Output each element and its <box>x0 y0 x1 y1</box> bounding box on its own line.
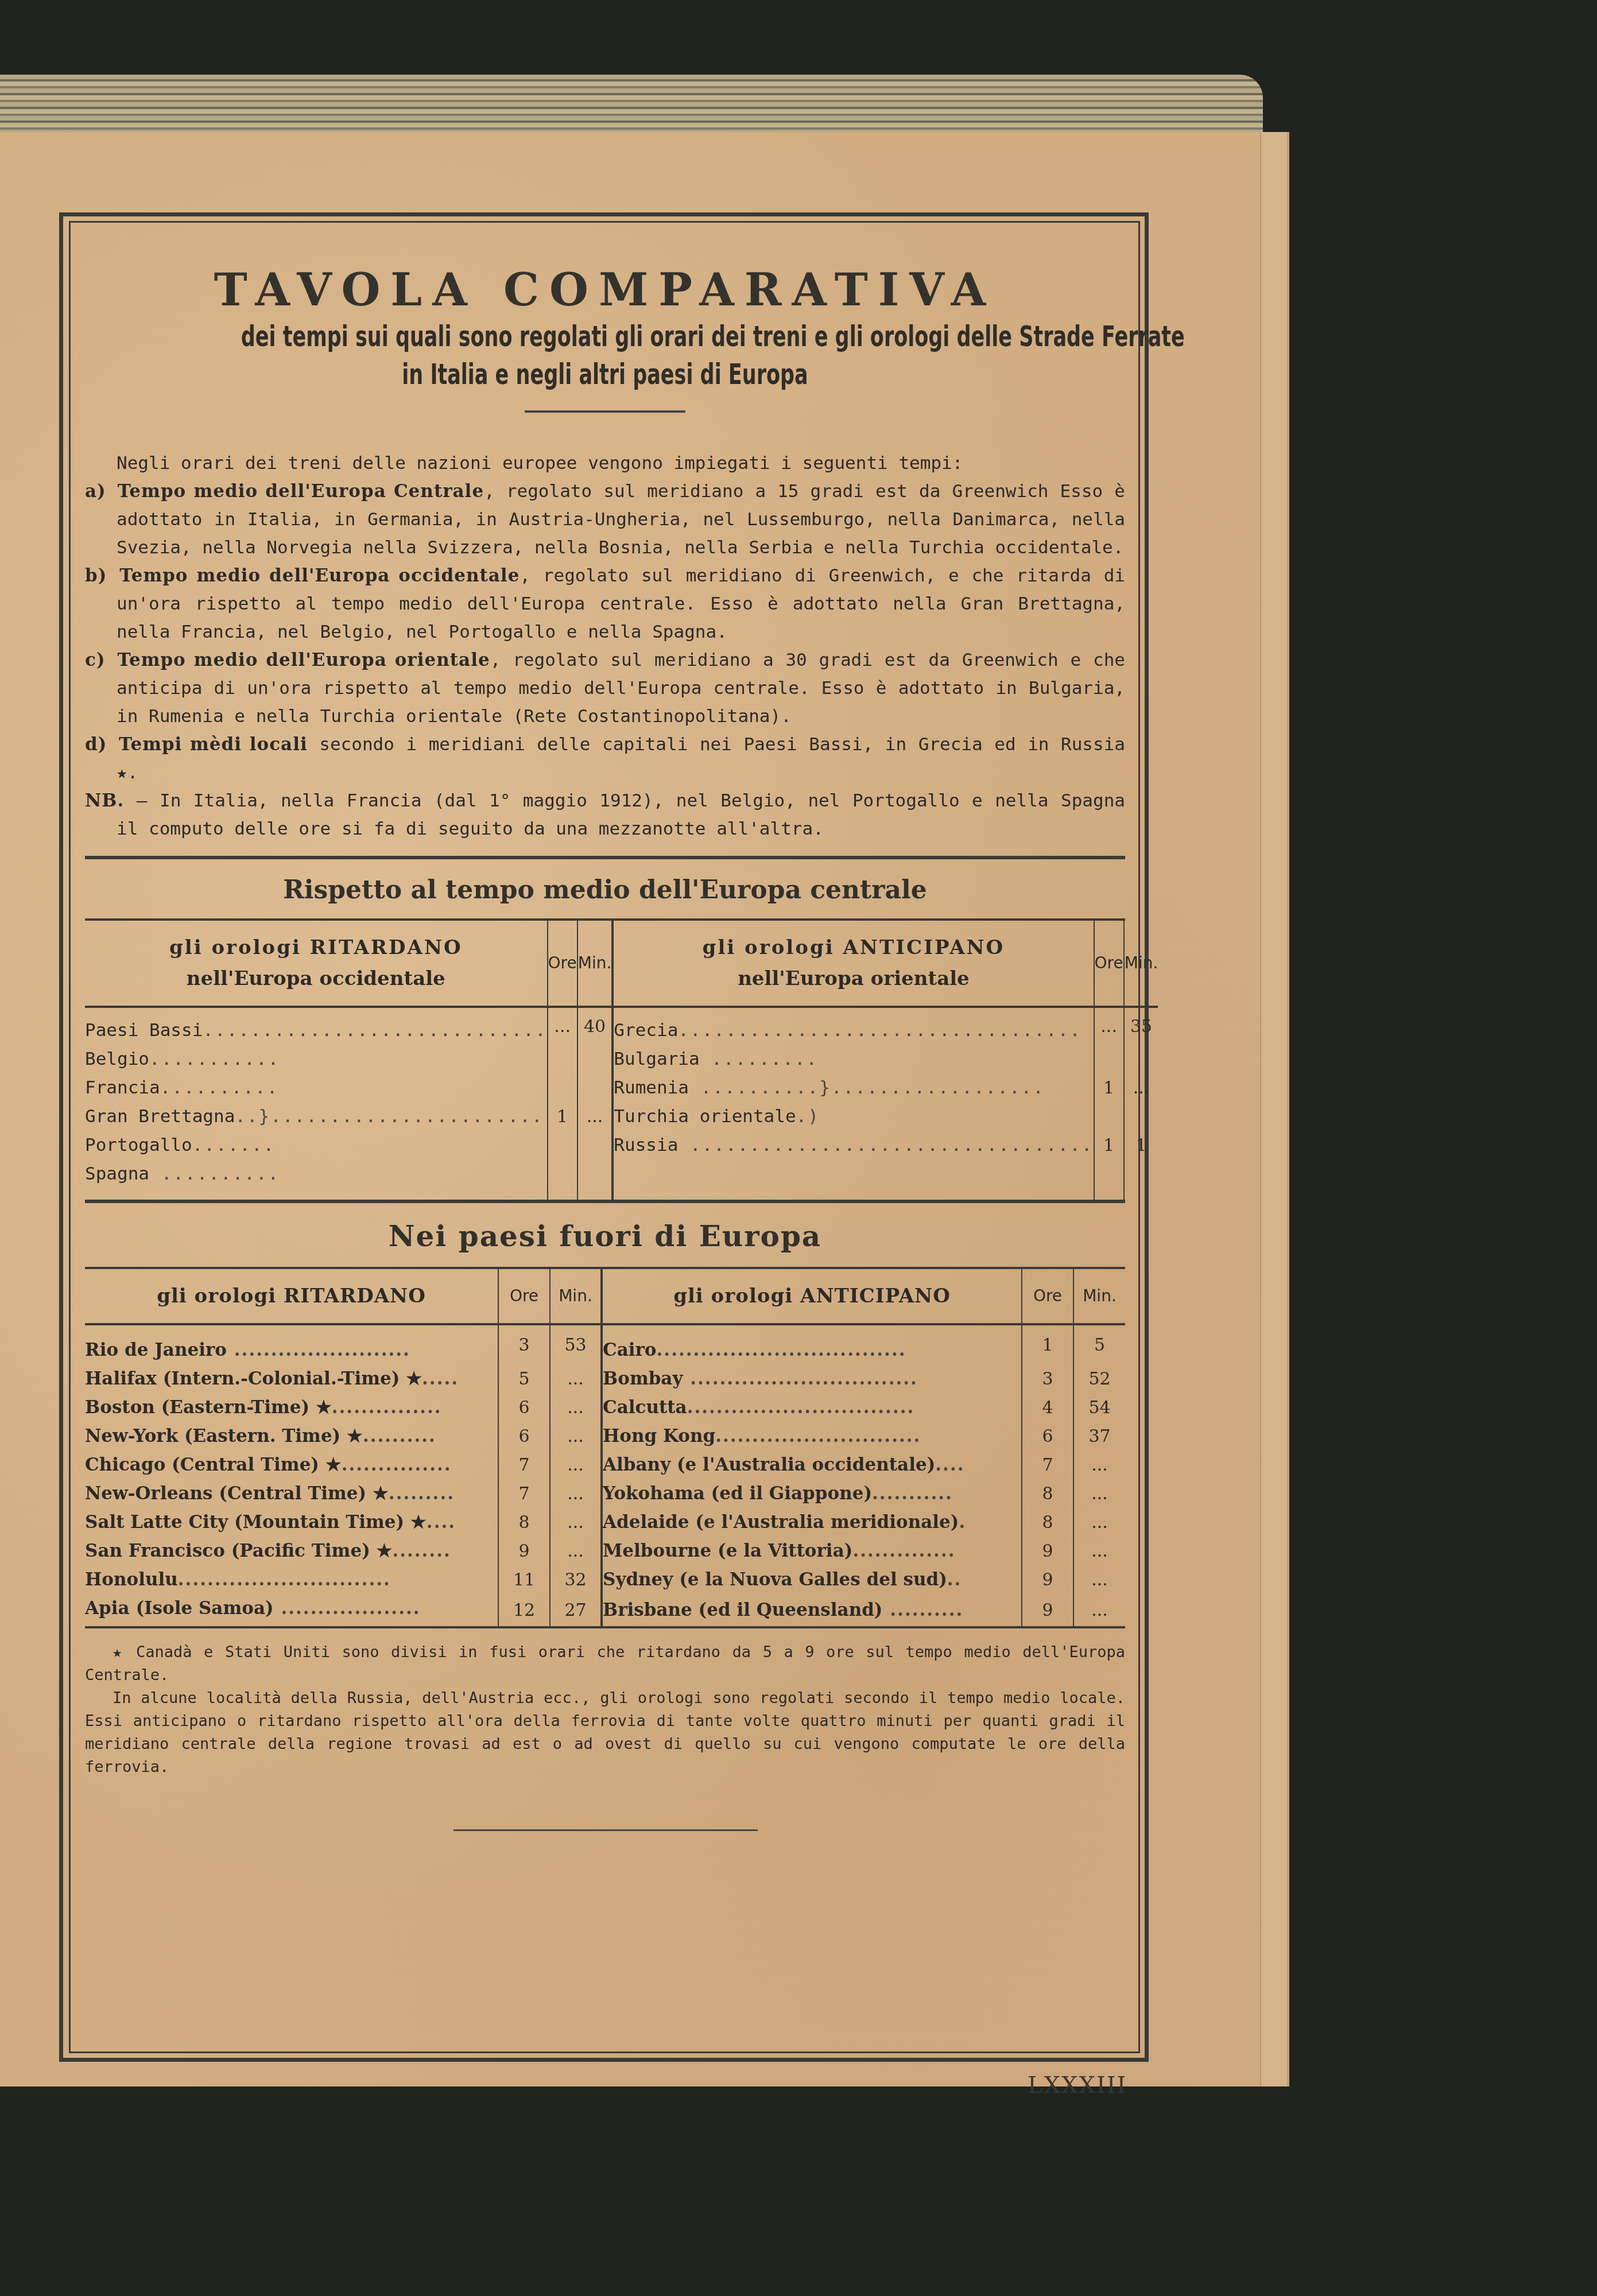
row-name: Gran Brettagna <box>85 1106 235 1127</box>
footnotes: ★ Canadà e Stati Uniti sono divisi in fu… <box>85 1628 1125 1779</box>
intro-lead: Negli orari dei treni delle nazioni euro… <box>85 449 1125 478</box>
row-name: Sydney (e la Nuova Galles del sud) <box>603 1569 947 1590</box>
row-min: 52 <box>1073 1364 1125 1393</box>
world-right-ore-header: Ore <box>1022 1269 1073 1324</box>
row-name: Boston (Eastern-Time) ★ <box>85 1397 332 1418</box>
row-name: Hong Kong <box>603 1426 715 1446</box>
table-row: Honolulu.............................113… <box>85 1565 1125 1594</box>
world-section-title: Nei paesi fuori di Europa <box>85 1203 1125 1267</box>
world-right-min-header: Min. <box>1073 1269 1125 1324</box>
row-name: Rumenia <box>614 1077 689 1098</box>
row-min: ... <box>577 1102 613 1131</box>
row-ore: 6 <box>1022 1422 1073 1450</box>
row-min: ... <box>550 1537 602 1565</box>
row-name: Honolulu <box>85 1569 178 1590</box>
row-ore: 5 <box>498 1364 550 1393</box>
row-min: ... <box>1073 1479 1125 1508</box>
item-b-marker: b) <box>85 565 107 586</box>
row-name: Bombay <box>603 1368 683 1389</box>
world-left-header: gli orologi RITARDANO <box>85 1269 498 1324</box>
row-min: 5 <box>1073 1324 1125 1364</box>
page-fore-edge <box>1260 132 1287 2086</box>
row-min: ... <box>550 1450 602 1479</box>
row-min: ... <box>550 1393 602 1422</box>
table-row: Rio de Janeiro ........................3… <box>85 1324 1125 1364</box>
row-min: ... <box>1073 1537 1125 1565</box>
row-ore: 9 <box>1022 1537 1073 1565</box>
row-min: ... <box>550 1508 602 1537</box>
row-min: 1 <box>1124 1131 1158 1159</box>
europe-time-table: gli orologi RITARDANO nell'Europa occide… <box>85 921 1158 1200</box>
row-name: Cairo <box>603 1340 657 1360</box>
table-row: Boston (Eastern-Time) ★...............6.… <box>85 1393 1125 1422</box>
row-name: Russia <box>614 1135 678 1155</box>
intro-item-b: b) Tempo medio dell'Europa occidentale, … <box>85 562 1125 646</box>
row-name: Turchia orientale <box>614 1106 796 1127</box>
row-name: Brisbane (ed il Queensland) <box>603 1600 883 1620</box>
row-min: 53 <box>550 1324 602 1364</box>
row-ore: 8 <box>1022 1479 1073 1508</box>
row-min: ... <box>1124 1073 1158 1102</box>
row-ore: 11 <box>498 1565 550 1594</box>
intro-text: Negli orari dei treni delle nazioni euro… <box>85 449 1125 843</box>
row-name: Apia (Isole Samoa) <box>85 1598 274 1619</box>
table-row: Francia.......... Rumenia ..........}...… <box>85 1073 1158 1102</box>
intro-nb: NB. — In Italia, nella Francia (dal 1° m… <box>85 787 1125 843</box>
world-left-min-header: Min. <box>550 1269 602 1324</box>
row-name: New-Orleans (Central Time) ★ <box>85 1483 389 1504</box>
row-name: Melbourne (e la Vittoria) <box>603 1541 852 1561</box>
table-row: New-Orleans (Central Time) ★.........7..… <box>85 1479 1125 1508</box>
row-min: 40 <box>577 1007 613 1045</box>
row-min: ... <box>1073 1565 1125 1594</box>
world-time-table: gli orologi RITARDANO Ore Min. gli orolo… <box>85 1269 1125 1626</box>
item-c-heading: Tempo medio dell'Europa orientale <box>117 650 490 670</box>
closing-divider <box>453 1829 758 1831</box>
title-divider <box>525 410 685 413</box>
row-min: ... <box>1073 1594 1125 1626</box>
world-right-header: gli orologi ANTICIPANO <box>602 1269 1022 1324</box>
row-ore: 7 <box>498 1450 550 1479</box>
row-ore: 6 <box>498 1393 550 1422</box>
row-name: Belgio <box>85 1049 149 1069</box>
europe-left-header-line1: gli orologi RITARDANO <box>85 932 547 963</box>
table-row: Halifax (Intern.-Colonial.-Time) ★.....5… <box>85 1364 1125 1393</box>
row-ore: 1 <box>1094 1073 1124 1102</box>
item-a-heading: Tempo medio dell'Europa Centrale <box>118 481 484 502</box>
item-a-marker: a) <box>85 481 106 502</box>
item-d-marker: d) <box>85 734 107 755</box>
europe-right-min-header: Min. <box>1124 921 1158 1007</box>
table-row: Belgio........... Bulgaria ......... <box>85 1045 1158 1073</box>
row-name: Calcutta <box>603 1397 687 1418</box>
table-row: Portogallo....... Russia ...............… <box>85 1131 1158 1159</box>
document-subtitle-line2: in Italia e negli altri paesi di Europa <box>241 358 969 391</box>
row-ore: 4 <box>1022 1393 1073 1422</box>
row-min: ... <box>550 1422 602 1450</box>
table-row: New-York (Eastern. Time) ★..........6...… <box>85 1422 1125 1450</box>
row-name: Portogallo <box>85 1135 192 1155</box>
row-ore: 7 <box>1022 1450 1073 1479</box>
row-name: Paesi Bassi <box>85 1020 203 1041</box>
row-name: Bulgaria <box>614 1049 699 1069</box>
table-row: San Francisco (Pacific Time) ★........9.… <box>85 1537 1125 1565</box>
world-left-ore-header: Ore <box>498 1269 550 1324</box>
row-ore: 1 <box>1094 1131 1124 1159</box>
intro-item-c: c) Tempo medio dell'Europa orientale, re… <box>85 646 1125 731</box>
row-min: ... <box>1073 1450 1125 1479</box>
table-row: Paesi Bassi.............................… <box>85 1007 1158 1045</box>
row-ore: 8 <box>1022 1508 1073 1537</box>
row-min: 54 <box>1073 1393 1125 1422</box>
document-subtitle-line1: dei tempi sui quali sono regolati gli or… <box>241 320 969 353</box>
row-min: 35 <box>1124 1007 1158 1045</box>
footnote-local-time: In alcune località della Russia, dell'Au… <box>85 1687 1125 1779</box>
item-c-marker: c) <box>85 650 106 670</box>
europe-right-ore-header: Ore <box>1094 921 1124 1007</box>
row-name: Halifax (Intern.-Colonial.-Time) ★ <box>85 1368 422 1389</box>
row-ore: 3 <box>1022 1364 1073 1393</box>
europe-right-header-line2: nell'Europa orientale <box>614 963 1093 994</box>
row-min: 32 <box>550 1565 602 1594</box>
row-min: 37 <box>1073 1422 1125 1450</box>
row-min: ... <box>1073 1508 1125 1537</box>
row-min: ... <box>550 1479 602 1508</box>
table-row: Apia (Isole Samoa) ...................12… <box>85 1594 1125 1626</box>
row-ore: 9 <box>498 1537 550 1565</box>
europe-right-header-line1: gli orologi ANTICIPANO <box>614 932 1093 963</box>
row-name: Francia <box>85 1077 160 1098</box>
row-min: ... <box>550 1364 602 1393</box>
intro-item-d: d) Tempi mèdi locali secondo i meridiani… <box>85 731 1125 787</box>
row-name: Adelaide (e l'Australia meridionale) <box>603 1512 959 1533</box>
row-min: 27 <box>550 1594 602 1626</box>
row-name: Albany (e l'Australia occidentale) <box>603 1455 935 1475</box>
row-ore: 1 <box>1022 1324 1073 1364</box>
item-d-heading: Tempi mèdi locali <box>119 734 308 755</box>
row-ore: 9 <box>1022 1565 1073 1594</box>
footnote-star: ★ Canadà e Stati Uniti sono divisi in fu… <box>85 1641 1125 1687</box>
row-name: Grecia <box>614 1020 678 1041</box>
nb-marker: NB. <box>85 790 124 811</box>
europe-left-header-line2: nell'Europa occidentale <box>85 963 547 994</box>
europe-left-ore-header: Ore <box>548 921 577 1007</box>
europe-left-header: gli orologi RITARDANO nell'Europa occide… <box>85 921 548 1007</box>
row-ore: ... <box>548 1007 577 1045</box>
europe-left-min-header: Min. <box>577 921 613 1007</box>
row-ore: 9 <box>1022 1594 1073 1626</box>
row-name: New-York (Eastern. Time) ★ <box>85 1426 363 1446</box>
row-name: Rio de Janeiro <box>85 1340 227 1360</box>
nb-text: — In Italia, nella Francia (dal 1° maggi… <box>117 790 1125 839</box>
row-name: Yokohama (ed il Giappone) <box>603 1483 872 1504</box>
row-ore: 1 <box>548 1102 577 1131</box>
row-name: San Francisco (Pacific Time) ★ <box>85 1541 392 1561</box>
page-number: LXXXIII <box>1028 2072 1127 2099</box>
table-row: Chicago (Central Time) ★...............7… <box>85 1450 1125 1479</box>
row-ore: 3 <box>498 1324 550 1364</box>
row-ore: 8 <box>498 1508 550 1537</box>
row-ore: 7 <box>498 1479 550 1508</box>
table-row: Salt Latte City (Mountain Time) ★....8..… <box>85 1508 1125 1537</box>
europe-section-title: Rispetto al tempo medio dell'Europa cent… <box>85 859 1125 918</box>
table-row: Spagna .......... <box>85 1159 1158 1200</box>
row-ore: ... <box>1094 1007 1124 1045</box>
intro-item-a: a) Tempo medio dell'Europa Centrale, reg… <box>85 478 1125 562</box>
row-name: Salt Latte City (Mountain Time) ★ <box>85 1512 427 1533</box>
row-name: Spagna <box>85 1163 149 1184</box>
document-title: TAVOLA COMPARATIVA <box>85 264 1125 316</box>
row-name: Chicago (Central Time) ★ <box>85 1455 342 1475</box>
item-b-heading: Tempo medio dell'Europa occidentale <box>119 565 520 586</box>
page-stack-edges <box>0 75 1263 138</box>
row-ore: 12 <box>498 1594 550 1626</box>
page-content: TAVOLA COMPARATIVA dei tempi sui quali s… <box>85 253 1125 1779</box>
row-ore: 6 <box>498 1422 550 1450</box>
europe-right-header: gli orologi ANTICIPANO nell'Europa orien… <box>613 921 1094 1007</box>
table-row: Gran Brettagna..}.......................… <box>85 1102 1158 1131</box>
